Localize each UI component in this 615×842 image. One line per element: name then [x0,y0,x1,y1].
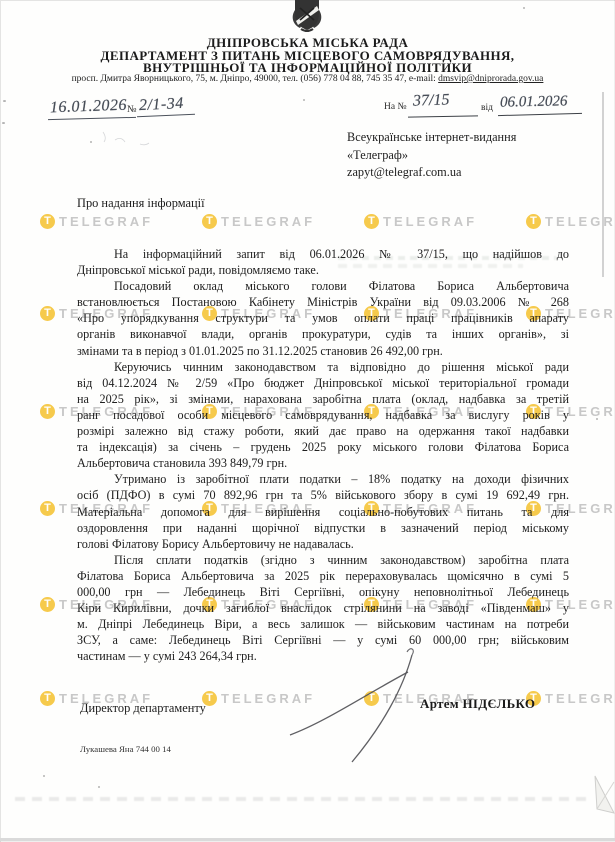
body-line: 000,00 грн — Лебединець Віті Сергіївні, … [77,584,569,600]
address-text: просп. Дмитра Яворницького, 75, м. Дніпр… [72,74,439,84]
body-line: оздоровлення при наданні щорічної відпус… [77,520,569,536]
body-line: «Про упорядкування структури та умов опл… [77,310,569,326]
recipient-line: Всеукраїнське інтернет-видання [347,129,577,147]
letterhead-address: просп. Дмитра Яворницького, 75, м. Дніпр… [0,74,615,84]
body-line: та індексація) за січень – грудень 2025 … [77,439,569,455]
incoming-date-handwritten: 06.01.2026 [500,93,568,111]
body-line: голові Філатову Борису Альбертовичу не н… [77,536,569,552]
body-line: Кіри Кирилівни, дочки загиблої внаслідок… [77,600,569,616]
incoming-date-label: від [481,103,493,113]
body-line: Філатова Бориса Альбертовича за 2025 рік… [77,568,569,584]
letterhead-email: dmsvip@dniprorada.gov.ua [438,74,543,84]
body-line: Утримано із заробітної плати податки – 1… [77,471,569,487]
handwritten-signature [270,640,440,785]
body-line: Матеріальна допомога для вирішення соціа… [77,504,569,520]
recipient-line: «Телеграф» [347,147,577,165]
body-line: встановлюється Постановою Кабінету Мініс… [77,294,569,310]
incoming-number-handwritten: 37/15 [413,91,450,110]
body-line: розмірі залежно від стажу роботи, який д… [77,423,569,439]
dnipro-city-coat-of-arms-icon [289,0,325,32]
body-line: м. Дніпрі Лебединець Віри, а весь залишо… [77,616,569,632]
body-line: Керуючись чинним законодавством та відпо… [77,359,569,375]
signer-title: Директор департаменту [80,701,206,716]
recipient-line: zapyt@telegraf.com.ua [347,164,577,182]
body-line: змінами та в період з 01.01.2025 по 31.1… [77,343,569,359]
body-text: На інформаційний запит від 06.01.2026 № … [77,246,569,664]
scanned-letter-page: TTELEGRAFTTELEGRAFTTELEGRAFTTELEGRAFTTEL… [0,0,615,842]
body-line: Альбертовича становила 393 849,79 грн. [77,455,569,471]
body-line: осіб (ПДФО) в сумі 70 892,96 грн та 5% в… [77,487,569,503]
outgoing-number-handwritten: 2/1-34 [139,95,185,115]
body-line: На інформаційний запит від 06.01.2026 № … [77,246,569,262]
incoming-number-label: На № [384,102,407,112]
body-line: Посадовий оклад міського голови Філатова… [77,278,569,294]
recipient-block: Всеукраїнське інтернет-видання «Телеграф… [347,129,577,182]
body-line: ранг посадової особи місцевого самовряду… [77,407,569,423]
body-line: Після сплати податків (згідно з чинним з… [77,552,569,568]
subject-line: Про надання інформації [77,196,205,211]
body-line: Дніпровської міської ради, повідомляємо … [77,262,569,278]
body-line: органів виконавчої влади, органів прокур… [77,326,569,342]
body-line: на 2025 рік», зі змінами, нарахована зар… [77,391,569,407]
executor-contact: Лукашева Яна 744 00 14 [80,744,171,754]
number-sign: № [127,104,137,115]
outgoing-date-handwritten: 16.01.2026 [50,97,128,118]
body-line: від 04.12.2024 № 2/59 «Про бюджет Дніпро… [77,375,569,391]
